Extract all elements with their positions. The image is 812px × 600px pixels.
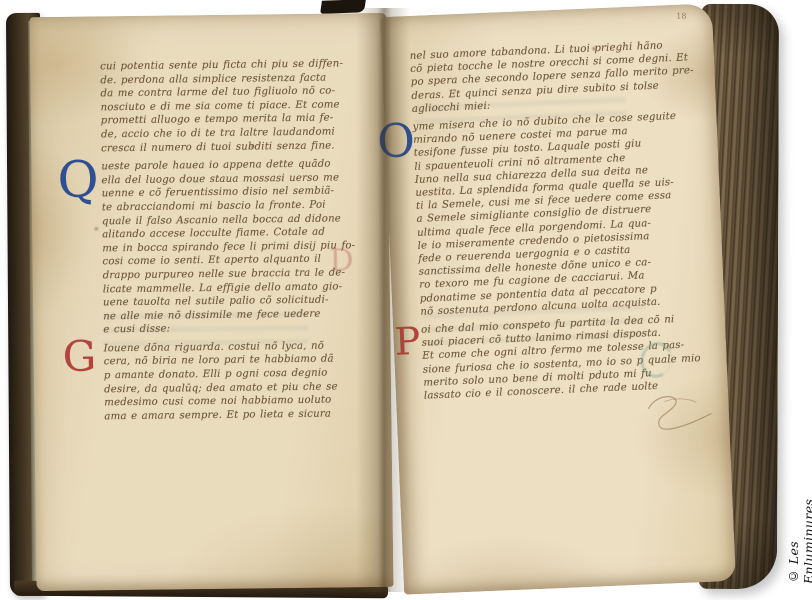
manuscript-paragraph: G Iouene dõna riguarda. costui nõ lyca, …	[103, 339, 366, 424]
manuscript-text-line: cresca il numero di tuoi subditi senza f…	[101, 139, 363, 156]
paragraph-lines: ueste parole hauea io appena dette quãdo…	[101, 157, 365, 337]
illuminated-initial-p: P	[394, 322, 421, 361]
book-spine-top	[320, 0, 366, 14]
manuscript-text-line: ama e amara sempre. Et po lieta e sicura	[104, 407, 366, 424]
manuscript-photo: D cui potentia sente piu ficta chi piu s…	[0, 0, 812, 600]
left-page-text: cui potentia sente piu ficta chi piu se …	[100, 57, 366, 424]
illuminated-initial-g: G	[62, 335, 96, 377]
right-page: 18 nel suo amore tabandona. Li tuoi prie…	[380, 3, 736, 594]
paragraph-lines: Iouene dõna riguarda. costui nõ lyca, nõ…	[103, 339, 366, 424]
folio-number: 18	[676, 12, 686, 21]
manuscript-paragraph: O yme misera che io nõ dubito che le cos…	[412, 110, 688, 319]
manuscript-paragraph: Q ueste parole hauea io appena dette quã…	[101, 157, 365, 337]
manuscript-text-line: e cusi disse:	[103, 320, 365, 337]
credit-line: © Les Enluminures	[786, 462, 812, 584]
illuminated-initial-o: O	[376, 117, 416, 165]
manuscript-paragraph: cui potentia sente piu ficta chi piu se …	[100, 57, 363, 155]
pen-flourish-icon	[644, 385, 720, 440]
manuscript-paragraph: nel suo amore tabandona. Li tuoi prieghi…	[409, 39, 680, 116]
left-page: D cui potentia sente piu ficta chi piu s…	[30, 13, 394, 591]
paragraph-lines: cui potentia sente piu ficta chi piu se …	[100, 57, 363, 155]
paragraph-lines: nel suo amore tabandona. Li tuoi prieghi…	[409, 39, 680, 116]
illuminated-initial-q: Q	[57, 155, 99, 205]
paragraph-lines: yme misera che io nõ dubito che le cose …	[412, 110, 688, 319]
